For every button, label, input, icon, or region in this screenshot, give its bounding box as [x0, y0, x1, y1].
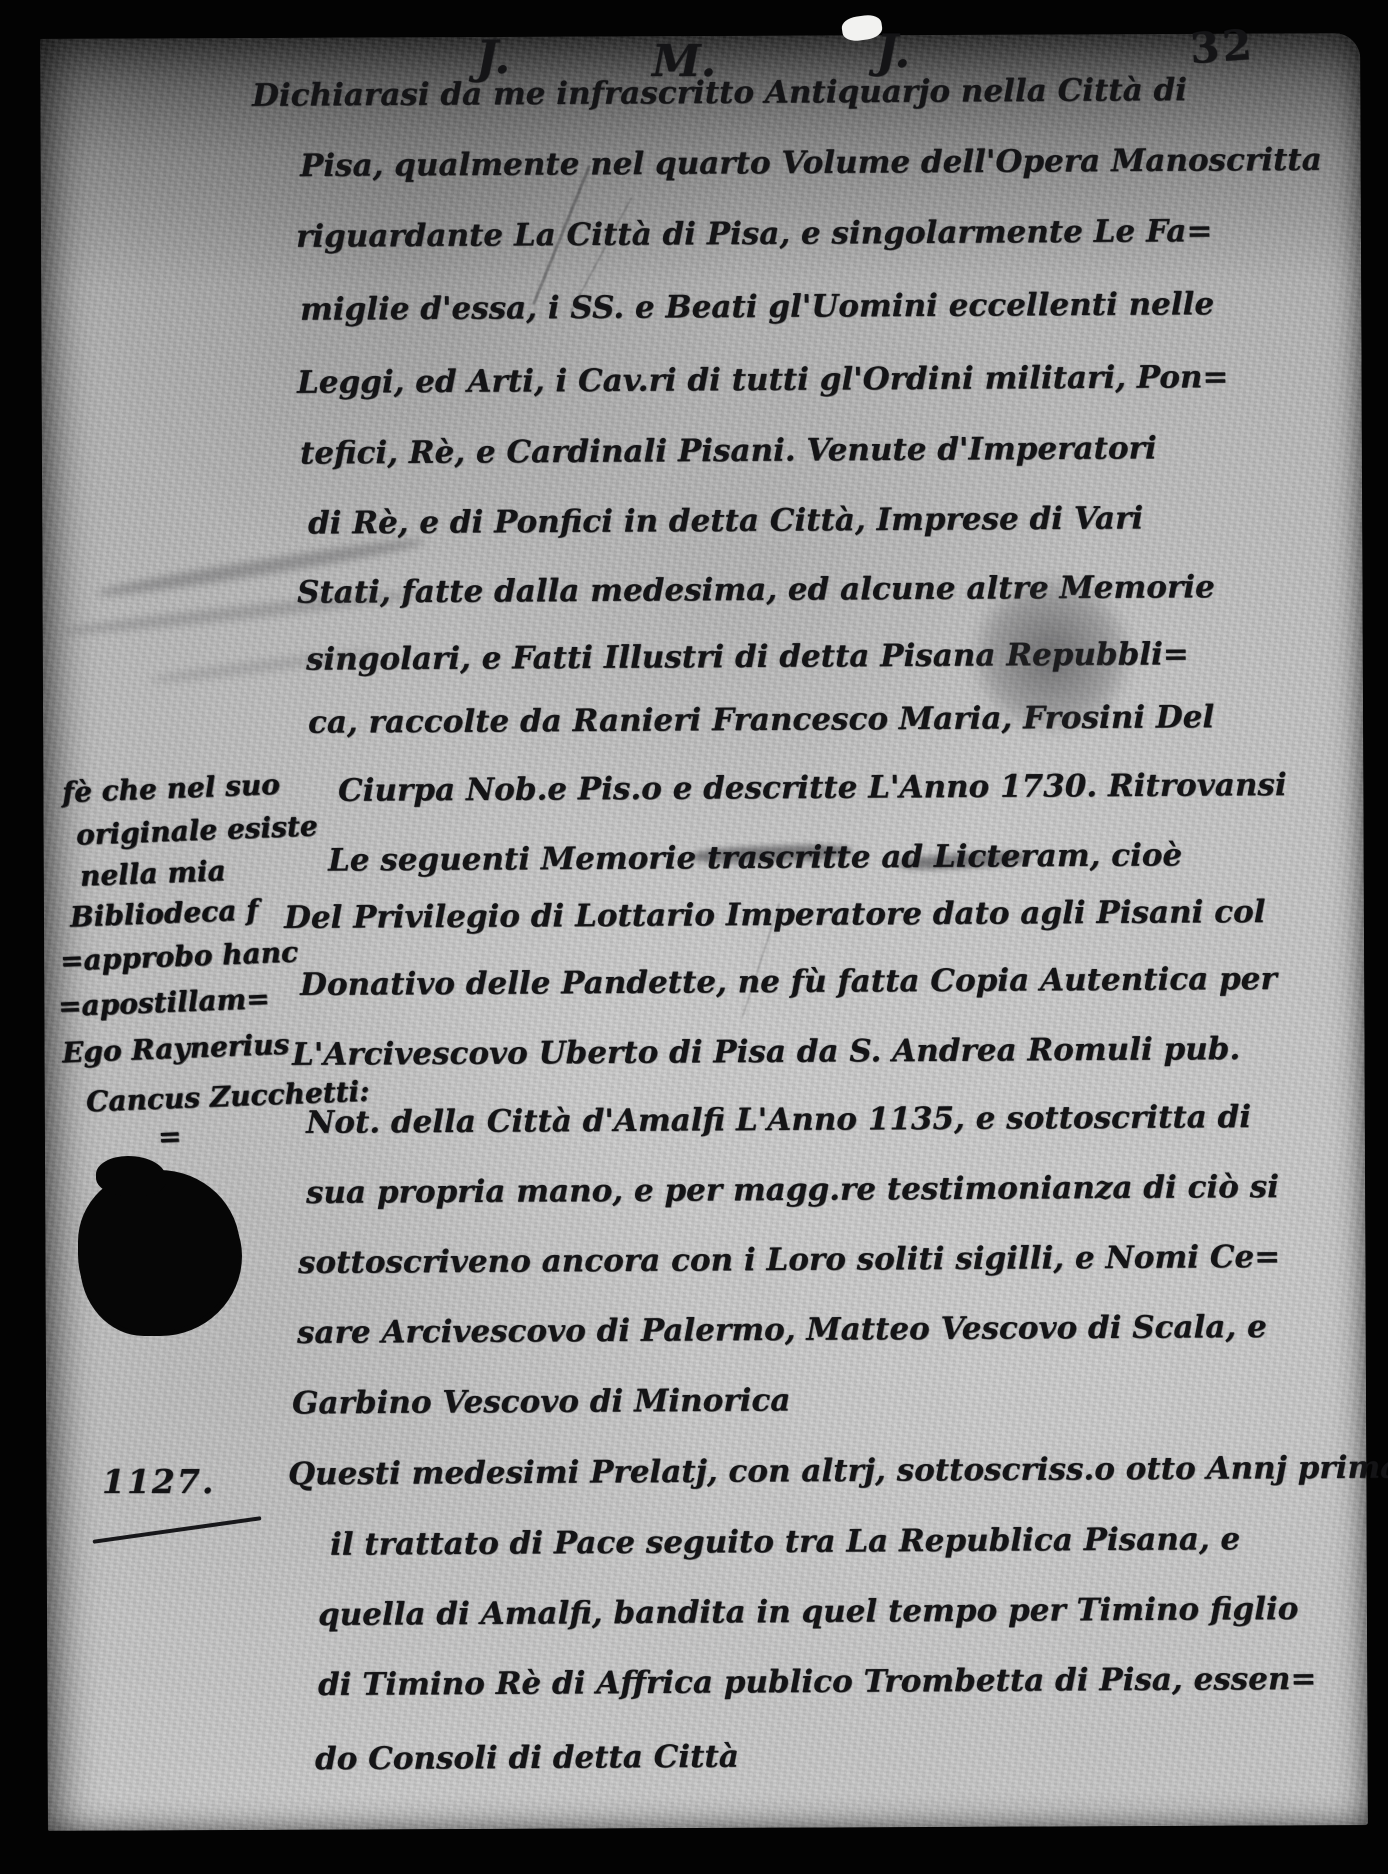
- manuscript-line: do Consoli di detta Città: [315, 1739, 739, 1778]
- ink-stain: [972, 578, 1132, 733]
- manuscript-line: Leggi, ed Arti, i Cav.ri di tutti gl'Ord…: [297, 359, 1229, 401]
- manuscript-line: sua propria mano, e per magg.re testimon…: [306, 1169, 1279, 1211]
- manuscript-line: il trattato di Pace seguito tra La Repub…: [330, 1521, 1240, 1563]
- manuscript-line: sottoscriveno ancora con i Loro soliti s…: [298, 1239, 1280, 1281]
- manuscript-line: Not. della Città d'Amalfi L'Anno 1135, e…: [306, 1099, 1251, 1141]
- manuscript-line: di Rè, e di Ponfici in detta Città, Impr…: [308, 500, 1143, 541]
- manuscript-line: Dichiarasi da me infrascritto Antiquarjo…: [252, 72, 1187, 114]
- scanned-page: 32 J. M. J. Dichiarasi da me infrascritt…: [0, 0, 1388, 1874]
- manuscript-line: L'Arcivescovo Uberto di Pisa da S. Andre…: [292, 1031, 1240, 1073]
- margin-note-line: =: [157, 1120, 182, 1154]
- manuscript-line: sare Arcivescovo di Palermo, Matteo Vesc…: [297, 1309, 1267, 1351]
- manuscript-line: Ciurpa Nob.e Pis.o e descritte L'Anno 17…: [338, 767, 1287, 809]
- manuscript-line: riguardante La Città di Pisa, e singolar…: [296, 213, 1213, 255]
- manuscript-line: Garbino Vescovo di Minorica: [292, 1382, 791, 1421]
- page-number: 32: [1188, 20, 1256, 73]
- margin-year: 1127.: [102, 1462, 215, 1501]
- manuscript-line: di Timino Rè di Affrica publico Trombett…: [318, 1661, 1317, 1703]
- manuscript-line: quella di Amalfi, bandita in quel tempo …: [318, 1591, 1299, 1633]
- margin-note-line: nella mia: [79, 854, 226, 893]
- manuscript-line: Questi medesimi Prelatj, con altrj, sott…: [288, 1450, 1388, 1493]
- manuscript-line: Donativo delle Pandette, ne fù fatta Cop…: [300, 961, 1277, 1003]
- manuscript-line: Pisa, qualmente nel quarto Volume dell'O…: [300, 142, 1322, 184]
- manuscript-line: miglie d'essa, i SS. e Beati gl'Uomini e…: [300, 286, 1214, 328]
- manuscript-line: tefici, Rè, e Cardinali Pisani. Venute d…: [300, 430, 1157, 471]
